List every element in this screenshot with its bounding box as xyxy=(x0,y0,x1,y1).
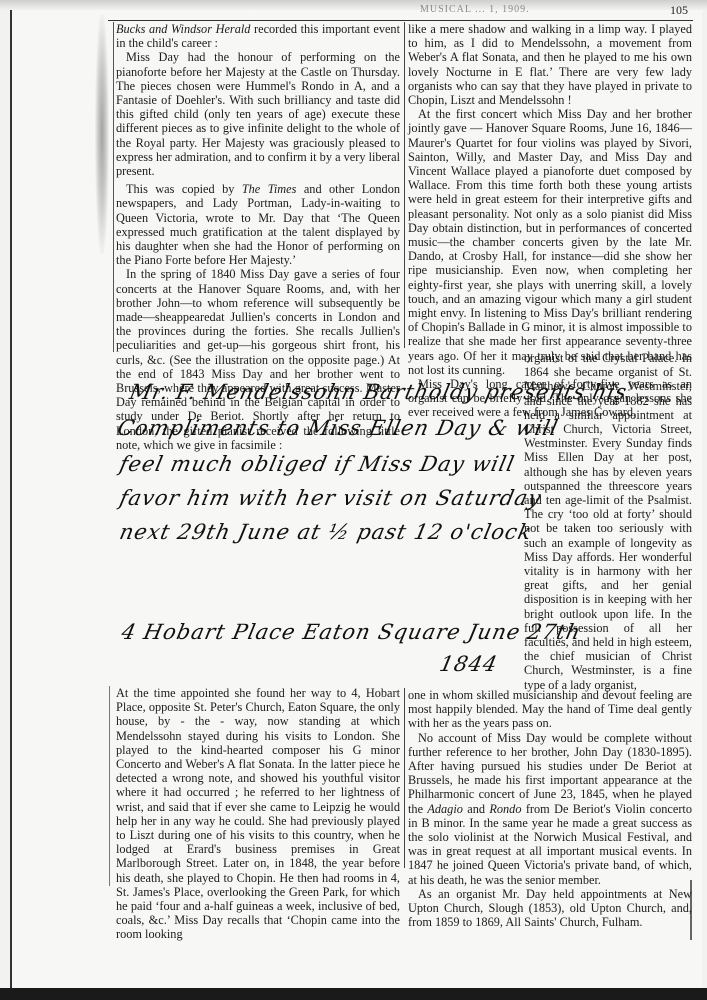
scan-smudge xyxy=(95,14,109,254)
letter-line: favor him with her visit on Saturday xyxy=(117,486,543,510)
letter-address: 4 Hobart Place Eaton Square June 27th xyxy=(119,620,583,644)
paragraph: This was copied by The Times and other L… xyxy=(116,182,400,267)
letter-line: feel much obliged if Miss Day will xyxy=(117,452,517,476)
newspaper-name: The Times xyxy=(242,182,297,196)
column-divider xyxy=(404,22,405,348)
letter-line: Mr. F. Mendelssohn Bartholdy presents hi… xyxy=(127,380,629,404)
paragraph: like a mere shadow and walking in a limp… xyxy=(408,22,692,107)
newspaper-name: Bucks and Windsor Herald xyxy=(116,22,250,36)
letter-line: next 29th June at ½ past 12 o'clock xyxy=(117,520,534,544)
page-number: 105 xyxy=(670,3,688,18)
quoted-paragraph: Miss Day had the honour of performing on… xyxy=(116,50,400,178)
paragraph: No account of Miss Day would be complete… xyxy=(408,731,692,887)
letter-line: Compliments to Miss Ellen Day & will xyxy=(115,416,560,440)
scan-bottom-edge xyxy=(0,988,707,1000)
left-margin-rule xyxy=(113,22,114,352)
paragraph: one in whom skilled musicianship and dev… xyxy=(408,688,692,731)
article-column-left-bottom: At the time appointed she found her way … xyxy=(116,686,400,942)
paragraph: At the first concert which Miss Day and … xyxy=(408,107,692,377)
running-head: MUSICAL ... 1, 1909. xyxy=(420,4,530,15)
paragraph: Bucks and Windsor Herald recorded this i… xyxy=(116,22,400,50)
facsimile-letter: Mr. F. Mendelssohn Bartholdy presents hi… xyxy=(110,380,530,685)
paragraph: As an organist Mr. Day held appointments… xyxy=(408,887,692,930)
header-rule xyxy=(108,20,693,21)
scan-top-shadow xyxy=(0,0,707,10)
article-column-right-bottom: one in whom skilled musicianship and dev… xyxy=(408,688,692,929)
left-margin-rule-bottom xyxy=(109,686,110,886)
column-divider-bottom xyxy=(404,688,405,868)
letter-year: 1844 xyxy=(437,652,500,676)
paragraph: At the time appointed she found her way … xyxy=(116,686,400,942)
